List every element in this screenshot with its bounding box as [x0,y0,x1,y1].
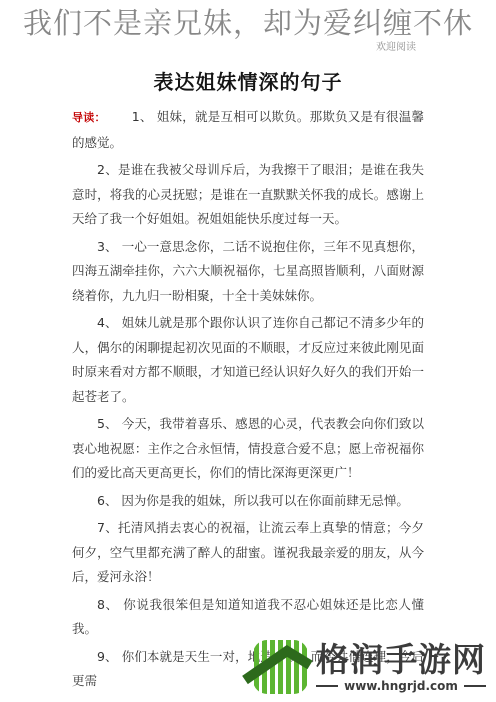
paragraph-5: 5、 今天，我带着喜乐、感恩的心灵，代表教会向你们致以衷心地祝愿：主作之合永恒情… [72,412,424,486]
website-url: www.hngrjd.com [338,679,464,693]
paragraph-4: 4、 姐妹儿就是那个跟你认识了连你自己都记不清多少年的人，偶尔的闲聊提起初次见面… [72,311,424,409]
article-body: 导读：1、 姐妹，就是互相可以欺负。那欺负又是有很温馨的感觉。 2、是谁在我被父… [0,96,496,694]
website-line: www.hngrjd.com [316,679,486,693]
paragraph-6: 6、 因为你是我的姐妹，所以我可以在你面前肆无忌惮。 [72,489,424,514]
paragraph-3: 3、 一心一意思念你，二话不说抱住你，三年不见真想你，四海五湖牵挂你，六六大顺祝… [72,235,424,309]
paragraph-7: 7、托清风捎去衷心的祝福，让流云奉上真挚的情意；今夕何夕，空气里都充满了醉人的甜… [72,516,424,590]
paragraph-1-text: 1、 姐妹，就是互相可以欺负。那欺负又是有很温馨的感觉。 [72,109,424,150]
brand-name: 格润手游网 [316,642,486,678]
left-dash [316,685,338,687]
lead-label: 导读： [72,111,106,124]
striped-house-logo-icon [244,639,310,695]
page-title: 我们不是亲兄妹，却为爱纠缠不休 [0,5,496,41]
site-watermark: 格润手游网 www.hngrjd.com [244,639,486,695]
paragraph-2: 2、是谁在我被父母训斥后，为我擦干了眼泪；是谁在我失意时，将我的心灵抚慰；是谁在… [72,158,424,232]
logo-text-block: 格润手游网 www.hngrjd.com [316,642,486,693]
paragraph-1: 导读：1、 姐妹，就是互相可以欺负。那欺负又是有很温馨的感觉。 [72,105,424,155]
welcome-note: 欢迎阅读 [0,41,496,55]
article-page: 我们不是亲兄妹，却为爱纠缠不休 欢迎阅读 表达姐妹情深的句子 导读：1、 姐妹，… [0,0,496,702]
article-heading: 表达姐妹情深的句子 [0,68,496,96]
right-dash [464,685,486,687]
paragraph-8: 8、 你说我很笨但是知道知道我不忍心姐妹还是比恋人懂我。 [72,593,424,642]
